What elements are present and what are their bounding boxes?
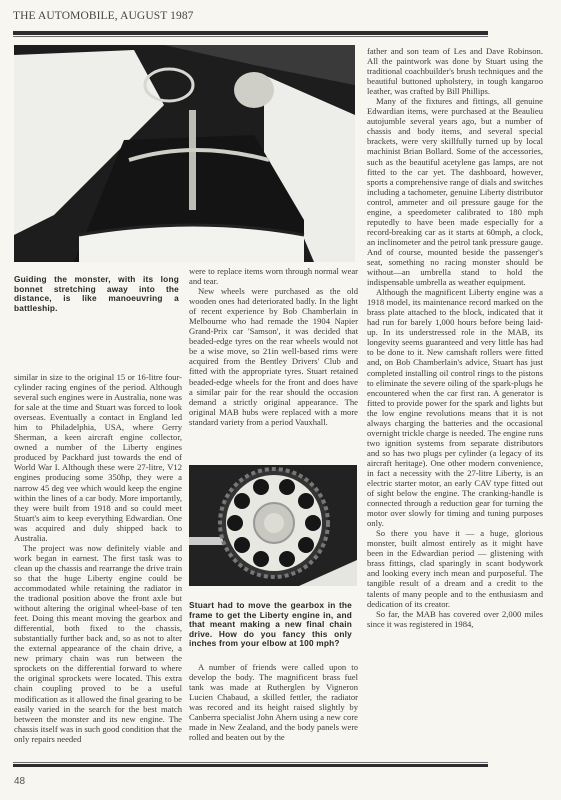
header-rule-thin: [13, 36, 488, 37]
paragraph: New wheels were purchased as the old woo…: [189, 286, 358, 427]
car-bonnet-image-icon: [14, 45, 355, 262]
footer-rule-thick: [13, 764, 488, 767]
paragraph: Although the magnificent Liberty engine …: [367, 287, 543, 528]
paragraph: So far, the MAB has covered over 2,000 m…: [367, 609, 543, 629]
paragraph: The project was now definitely viable an…: [14, 543, 182, 744]
article-column-middle: were to replace items worn through norma…: [189, 266, 358, 427]
header-rule-thick: [13, 31, 488, 35]
paragraph: Many of the fixtures and fittings, all g…: [367, 96, 543, 287]
page-number: 48: [14, 776, 25, 787]
paragraph: So there you have it — a huge, glorious …: [367, 528, 543, 608]
publication-title: THE AUTOMOBILE, AUGUST 1987: [13, 10, 194, 22]
paragraph: A number of friends were called upon to …: [189, 662, 358, 742]
paragraph: father and son team of Les and Dave Robi…: [367, 46, 543, 96]
paragraph: were to replace items worn through norma…: [189, 266, 358, 286]
article-column-right: father and son team of Les and Dave Robi…: [367, 46, 543, 629]
article-column-left: similar in size to the original 15 or 16…: [14, 372, 182, 744]
photo-caption: Guiding the monster, with its long bonne…: [14, 275, 179, 313]
photo-caption: Stuart had to move the gearbox in the fr…: [189, 601, 352, 649]
article-column-middle-lower: A number of friends were called upon to …: [189, 662, 358, 742]
photo-car-bonnet: [14, 45, 355, 262]
photo-chain-sprocket: [189, 465, 357, 586]
paragraph: similar in size to the original 15 or 16…: [14, 372, 182, 543]
footer-rule-thin: [13, 762, 488, 763]
sprocket-image-icon: [189, 465, 357, 586]
